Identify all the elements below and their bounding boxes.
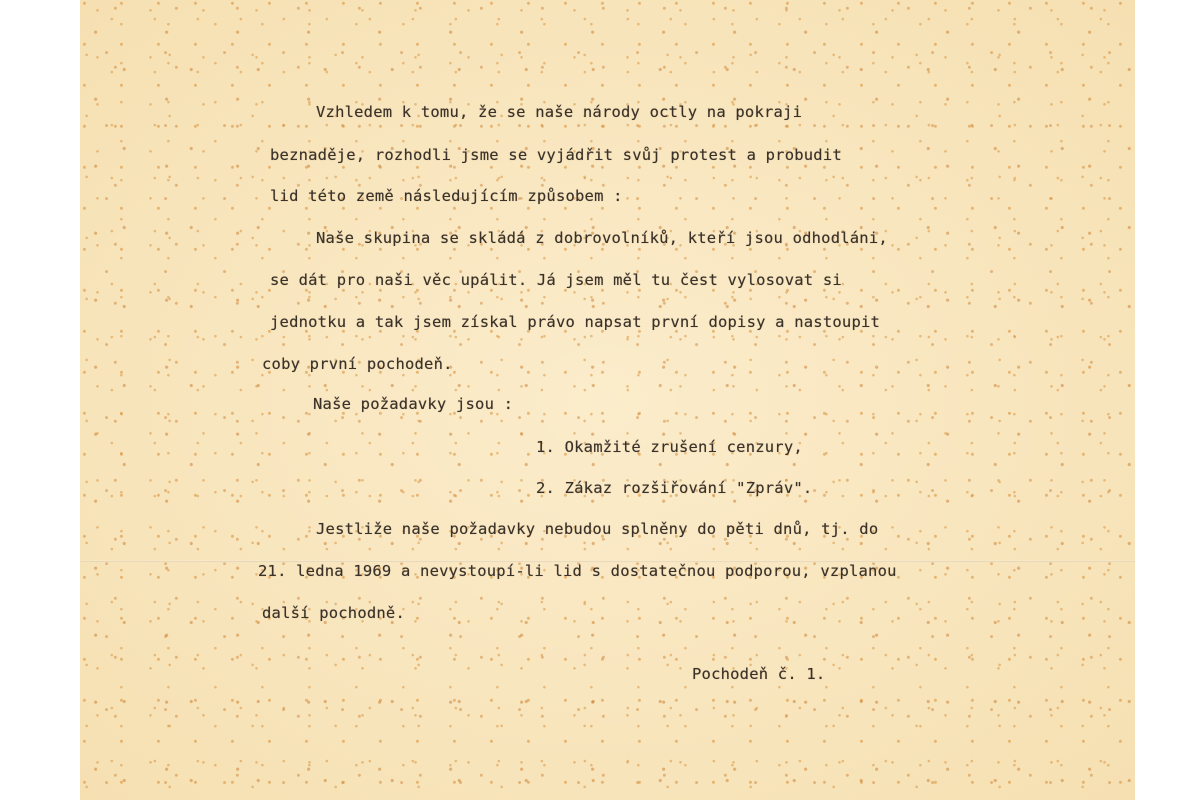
paragraph-2-line-4: coby první pochodeň. [262, 355, 453, 373]
paragraph-4-line-1: Jestliže naše požadavky nebudou splněny … [316, 520, 878, 538]
paragraph-4-line-3: další pochodně. [262, 604, 405, 622]
demands-intro: Naše požadavky jsou : [313, 395, 513, 413]
paragraph-1-line-2: beznaděje, rozhodli jsme se vyjádřit svů… [270, 146, 842, 164]
paragraph-1-line-1: Vzhledem k tomu, že se naše národy octly… [316, 103, 802, 121]
demand-item-1: 1. Okamžité zrušení cenzury, [536, 438, 803, 456]
signature: Pochodeň č. 1. [692, 665, 825, 683]
paragraph-1-line-3: lid této země následujícím způsobem : [270, 187, 623, 205]
paragraph-4-line-2: 21. ledna 1969 a nevystoupí-li lid s dos… [258, 562, 897, 580]
paragraph-2-line-1: Naše skupina se skládá z dobrovolníků, k… [316, 229, 888, 247]
paragraph-2-line-3: jednotku a tak jsem získal právo napsat … [270, 313, 880, 331]
paragraph-2-line-2: se dát pro naši věc upálit. Já jsem měl … [270, 271, 842, 289]
demand-item-2: 2. Zákaz rozšiřování "Zpráv". [536, 479, 812, 497]
